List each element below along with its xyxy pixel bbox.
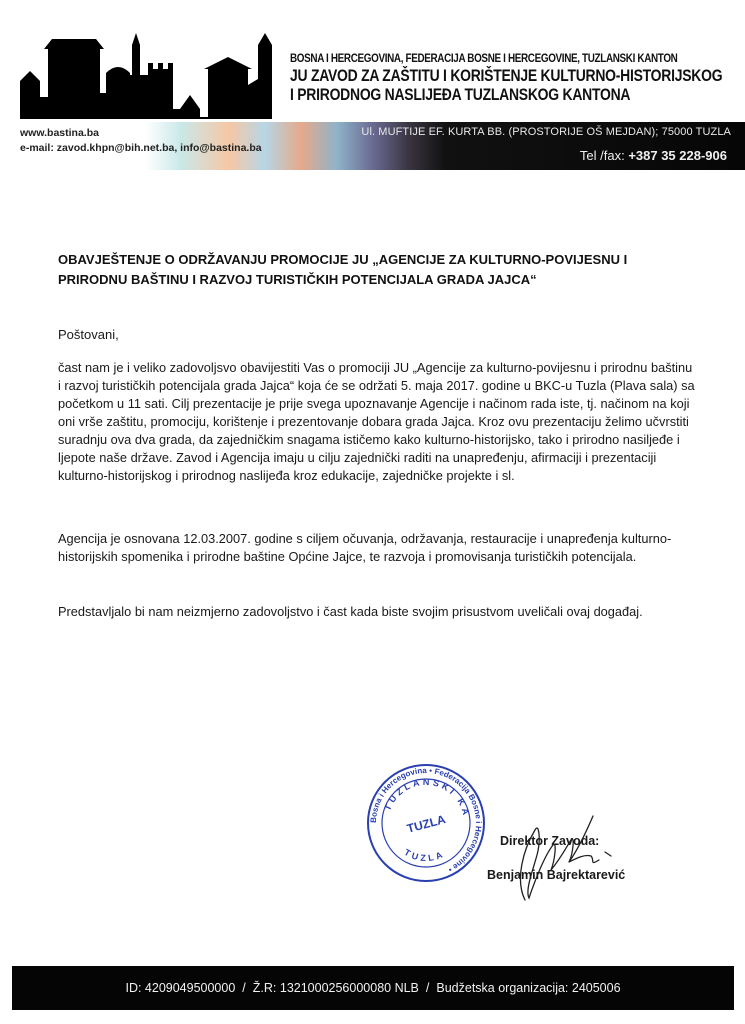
greeting: Poštovani, — [58, 326, 119, 344]
phone-number: +387 35 228-906 — [628, 148, 727, 163]
footer-separator: / — [426, 981, 429, 995]
email-links[interactable]: e-mail: zavod.khpn@bih.net.ba, info@bast… — [20, 141, 262, 156]
paragraph-agency-info: Agencija je osnovana 12.03.2007. godine … — [58, 530, 698, 566]
phone: Tel /fax: +387 35 228-906 — [580, 148, 727, 163]
footer-info: ID: 4209049500000/Ž.R: 1321000256000080 … — [125, 981, 620, 995]
address: Ul. MUFTIJE EF. KURTA BB. (PROSTORIJE OŠ… — [361, 126, 731, 138]
organization-header: BOSNA I HERCEGOVINA, FEDERACIJA BOSNE I … — [290, 52, 740, 104]
footer-id: ID: 4209049500000 — [125, 981, 235, 995]
org-name-line2: I PRIRODNOG NASLIJEĐA TUZLANSKOG KANTONA — [290, 85, 659, 104]
footer-budget: Budžetska organizacija: 2405006 — [436, 981, 620, 995]
stamp-center-text: TUZLA — [405, 812, 447, 836]
svg-text:TUZLA: TUZLA — [403, 847, 447, 863]
handwritten-signature-icon — [495, 810, 625, 910]
phone-label: Tel /fax: — [580, 148, 628, 163]
org-name-line1: JU ZAVOD ZA ZAŠTITU I KORIŠTENJE KULTURN… — [290, 66, 659, 85]
footer-separator: / — [242, 981, 245, 995]
org-jurisdiction: BOSNA I HERCEGOVINA, FEDERACIJA BOSNE I … — [290, 52, 677, 66]
footer-bar: ID: 4209049500000/Ž.R: 1321000256000080 … — [12, 966, 734, 1010]
contact-info: www.bastina.ba e-mail: zavod.khpn@bih.ne… — [20, 126, 262, 156]
letter-title: OBAVJEŠTENJE O ODRŽAVANJU PROMOCIJE JU „… — [58, 250, 698, 290]
city-skyline-logo-icon — [18, 33, 273, 123]
paragraph-announcement: čast nam je i veliko zadovoljsvo obavije… — [58, 359, 698, 485]
paragraph-invitation: Predstavljalo bi nam neizmjerno zadovolj… — [58, 603, 698, 621]
official-stamp-icon: Bosna i Hercegovina • Federacija Bosne i… — [365, 762, 487, 884]
website-link[interactable]: www.bastina.ba — [20, 126, 262, 141]
stamp-bottom-text: TUZLA — [403, 847, 447, 863]
footer-account: Ž.R: 1321000256000080 NLB — [253, 981, 419, 995]
